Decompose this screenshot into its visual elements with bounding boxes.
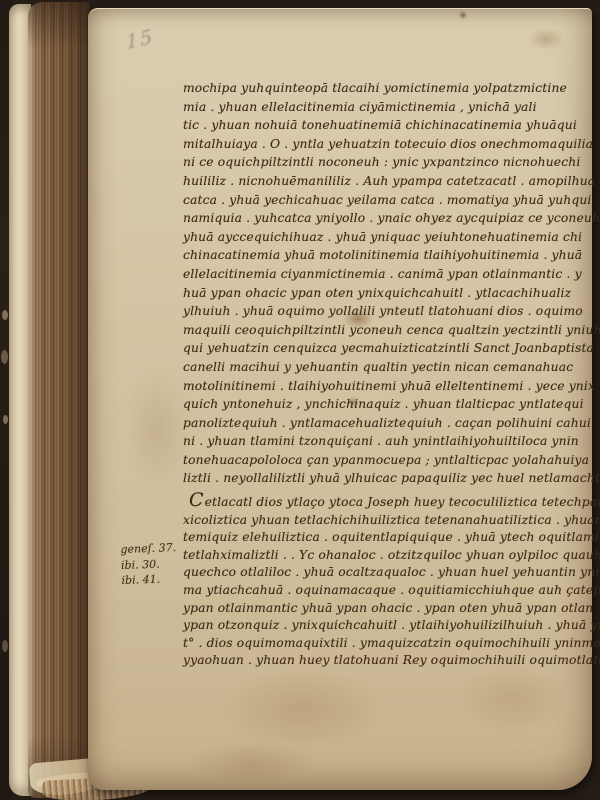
manuscript-line: ypan otzonquiz . ynixquichcahuitl . ytla… (183, 617, 588, 635)
manuscript-line: tic . yhuan nohuiā tonehuatinemiā chichi… (183, 116, 588, 135)
manuscript-line: yyaohuan . yhuan huey tlatohuani Rey oqu… (183, 652, 588, 670)
marbled-speck (2, 310, 8, 320)
manuscript-photo: 15 mochipa yuhquinteopā tlacaihi yomicti… (0, 0, 600, 800)
manuscript-line: Cetlacatl dios ytlaço ytoca Joseph huey … (183, 491, 588, 512)
manuscript-line: huililiz . nicnohuēmanililiz . Auh ypamp… (183, 172, 588, 191)
manuscript-line: quechco otlaliloc . yhuā ocaltzaqualoc .… (183, 564, 588, 582)
manuscript-line: ni ce oquichpiltzintli noconeuh : ynic y… (183, 153, 588, 172)
manuscript-line: tonehuacapololoca çan ypanmocuepa ; yntl… (183, 451, 588, 470)
manuscript-line: yhuā ayccequichihuaz . yhuā yniquac yeiu… (183, 228, 588, 247)
marginal-citation-line: ibi. 41. (121, 571, 177, 588)
manuscript-line: mia . yhuan ellelacitinemia ciyāmictinem… (183, 98, 588, 117)
manuscript-line: ma ytiachcahuā . oquinamacaque . oquitia… (183, 582, 588, 600)
manuscript-line: t° . dios oquimomaquixtili . ymaquizcatz… (183, 635, 588, 653)
manuscript-line: ellelacitinemia ciyanmictinemia . canimā… (183, 265, 588, 284)
paragraph-1: mochipa yuhquinteopā tlacaihi yomictinem… (183, 79, 588, 488)
manuscript-line: tetlahximaliztli . . Yc ohanaloc . otzit… (183, 547, 588, 565)
manuscript-line: quich yntonehuiz , ynchichinaquiz . yhua… (183, 395, 588, 414)
manuscript-line: maquili ceoquichpiltzintli yconeuh cenca… (183, 321, 588, 340)
manuscript-line: canelli macihui y yehuantin qualtin yect… (183, 358, 588, 377)
manuscript-line: qui yehuatzin cenquizca yecmahuizticatzi… (183, 339, 588, 358)
manuscript-line: huā ypan ohacic ypan oten ynixquichcahui… (183, 284, 588, 303)
manuscript-line: ypan otlainmantic yhuā ypan ohacic . ypa… (183, 600, 588, 618)
marbled-speck (1, 350, 8, 364)
page-fore-edge-stack (28, 2, 90, 798)
manuscript-line: chinacatinemia yhuā motolinitinemia tlai… (183, 246, 588, 265)
faint-pencil-inscription: 15 (125, 26, 155, 54)
manuscript-line: namiquia . yuhcatca yniyollo . ynaic ohy… (183, 209, 588, 228)
marbled-speck (3, 415, 8, 424)
marginal-citation-genesis: geneſ. 37. ibi. 30. ibi. 41. (120, 540, 177, 588)
manuscript-line: motolinitinemi . tlaihiyohuitinemi yhuā … (183, 377, 588, 396)
manuscript-line: temiquiz elehuiliztica . oquitentlapiqui… (183, 529, 588, 547)
manuscript-line: panoliztequiuh . yntlamacehualiztequiuh … (183, 414, 588, 433)
manuscript-line: mochipa yuhquinteopā tlacaihi yomictinem… (183, 79, 588, 98)
marginal-citation-line: geneſ. 37. (120, 540, 176, 557)
manuscript-text-block: mochipa yuhquinteopā tlacaihi yomictinem… (183, 79, 588, 670)
manuscript-line: mitalhuiaya . O . yntla yehuatzin totecu… (183, 135, 588, 154)
manuscript-line: liztli . neyollaliliztli yhuā ylhuicac p… (183, 469, 588, 488)
manuscript-line: xicoliztica yhuan tetlachichihuiliztica … (183, 512, 588, 530)
manuscript-page: 15 mochipa yuhquinteopā tlacaihi yomicti… (88, 8, 592, 790)
paragraph-2: Cetlacatl dios ytlaço ytoca Joseph huey … (183, 491, 588, 670)
manuscript-line: catca . yhuā yechicahuac yeilama catca .… (183, 191, 588, 210)
marbled-speck (2, 640, 8, 652)
manuscript-line: ylhuiuh . yhuā oquimo yollalili ynteutl … (183, 302, 588, 321)
manuscript-line: ni . yhuan tlamini tzonquiçani . auh yni… (183, 432, 588, 451)
